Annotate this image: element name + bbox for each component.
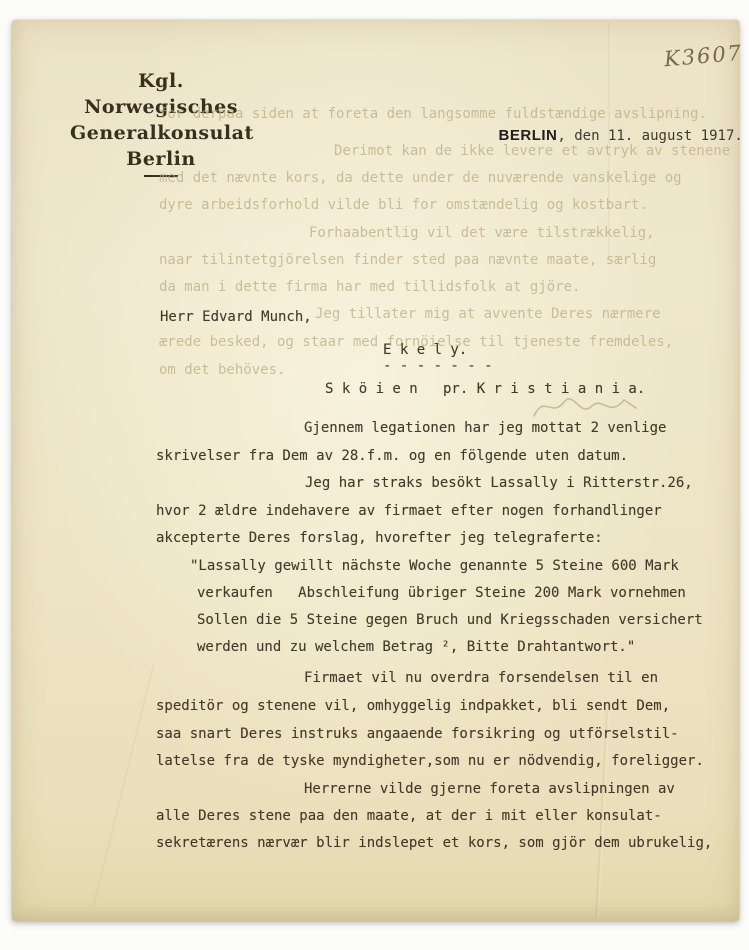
bleedthrough-line: da man i dette firma har med tillidsfolk… [159, 279, 580, 295]
letterhead: Kgl. Norwegisches Generalkonsulat Berlin [70, 68, 252, 177]
body-line: alle Deres stene paa den maate, at der i… [156, 808, 662, 824]
dateline: BERLIN, den 11. august 1917. [460, 106, 743, 163]
telegram-line: Sollen die 5 Steine gegen Bruch und Krie… [197, 612, 703, 628]
letterhead-line-2: Generalkonsulat [70, 120, 252, 146]
recipient-city-line: S k ö i e n pr. K r i s t i a n i a. [325, 381, 645, 397]
bleedthrough-line: om det behöves. [159, 362, 285, 378]
telegram-line: verkaufen Abschleifung übriger Steine 20… [197, 585, 686, 601]
recipient-place-line: E k e l y. [383, 342, 467, 358]
body-line: sekretærens nærvær blir indslepet et kor… [156, 835, 712, 851]
body-line: Herrerne vilde gjerne foreta avslipninge… [304, 781, 675, 797]
body-line: skrivelser fra Dem av 28.f.m. og en fölg… [156, 448, 628, 464]
telegram-line: "Lassally gewillt nächste Woche genannte… [190, 558, 679, 574]
bleedthrough-line: med det nævnte kors, da dette under de n… [159, 170, 682, 186]
telegram-line: werden und zu welchem Betrag ², Bitte Dr… [197, 639, 635, 655]
dateline-place-preprinted: BERLIN [499, 127, 558, 144]
paper-crease [92, 663, 155, 906]
body-line: saa snart Deres instruks angaaende forsi… [156, 726, 679, 742]
body-line: hvor 2 ældre indehavere av firmaet efter… [156, 503, 662, 519]
bleedthrough-line: Forhaabentlig vil det være tilstrækkelig… [309, 225, 655, 241]
letter-paper: Kgl. Norwegisches Generalkonsulat Berlin… [12, 20, 739, 921]
body-line: speditör og stenene vil, omhyggelig indp… [156, 698, 670, 714]
bleedthrough-line: naar tilintetgjörelsen finder sted paa n… [159, 252, 656, 268]
letterhead-line-3: Berlin [70, 146, 252, 172]
catalog-number-pencil: K3607 [663, 41, 744, 72]
body-line: akcepterte Deres forslag, hvorefter jeg … [156, 530, 603, 546]
recipient-place-underline: - - - - - - - [383, 358, 493, 374]
bleedthrough-line: dyre arbeidsforhold vilde bli for omstæn… [159, 197, 648, 213]
dateline-date-typed: , den 11. august 1917. [557, 128, 742, 144]
body-line: Jeg har straks besökt Lassally i Ritters… [305, 475, 693, 491]
recipient-name-line: Herr Edvard Munch, [160, 309, 312, 325]
bleedthrough-line: Jeg tillater mig at avvente Deres nærmer… [315, 306, 661, 322]
body-line: Firmaet vil nu overdra forsendelsen til … [304, 670, 658, 686]
body-line: latelse fra de tyske myndigheter,som nu … [156, 753, 704, 769]
body-line: Gjennem legationen har jeg mottat 2 venl… [304, 420, 666, 436]
